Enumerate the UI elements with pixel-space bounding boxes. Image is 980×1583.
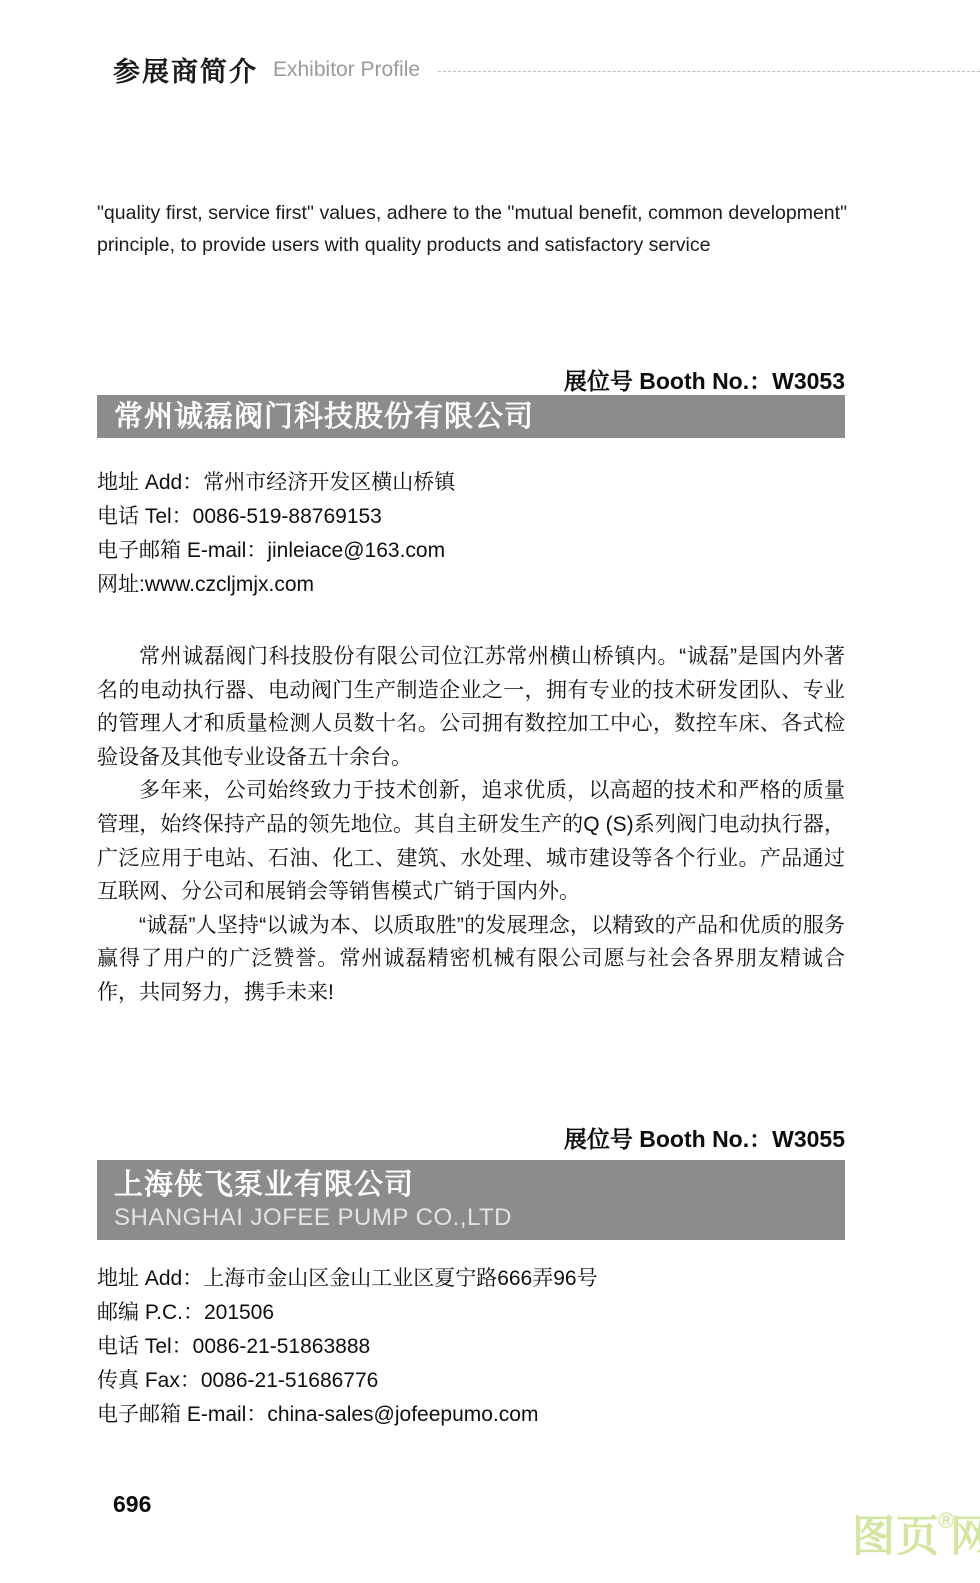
website-line: 网址:www.czcljmjx.com (97, 568, 845, 602)
description-paragraph: 常州诚磊阀门科技股份有限公司位江苏常州横山桥镇内。“诚磊”是国内外著名的电动执行… (97, 640, 845, 774)
company-description-1: 常州诚磊阀门科技股份有限公司位江苏常州横山桥镇内。“诚磊”是国内外著名的电动执行… (97, 640, 845, 1010)
registered-trademark-icon: ® (938, 1508, 954, 1533)
watermark-text-left: 图页 (852, 1513, 940, 1561)
address-block-1: 地址 Add：常州市经济开发区横山桥镇 电话 Tel：0086-519-8876… (97, 466, 845, 602)
company-header-bar-1: 常州诚磊阀门科技股份有限公司 (97, 395, 845, 438)
page-number: 696 (113, 1491, 151, 1518)
phone-line: 电话 Tel：0086-519-88769153 (97, 500, 845, 534)
email-line: 电子邮箱 E-mail：jinleiace@163.com (97, 534, 845, 568)
email-line: 电子邮箱 E-mail：china-sales@jofeepumo.com (97, 1398, 845, 1432)
document-page: 参展商简介 Exhibitor Profile "quality first, … (0, 0, 980, 1583)
booth-number-w3053: 展位号 Booth No.：W3053 (97, 363, 845, 396)
company-name-zh-1: 常州诚磊阀门科技股份有限公司 (114, 399, 845, 435)
company-header-bar-2: 上海侠飞泵业有限公司 SHANGHAI JOFEE PUMP CO.,LTD (97, 1160, 845, 1240)
header-title-en: Exhibitor Profile (273, 58, 420, 82)
company-name-en-2: SHANGHAI JOFEE PUMP CO.,LTD (114, 1203, 845, 1233)
page-header: 参展商简介 Exhibitor Profile (113, 50, 980, 89)
watermark-text-right: 网 (950, 1513, 980, 1561)
intro-paragraph-en: "quality first, service first" values, a… (97, 197, 847, 261)
description-paragraph: “诚磊”人坚持“以诚为本、以质取胜”的发展理念，以精致的产品和优质的服务赢得了用… (97, 909, 845, 1010)
header-title-zh: 参展商简介 (113, 50, 258, 89)
address-line: 地址 Add：常州市经济开发区横山桥镇 (97, 466, 845, 500)
booth-number-w3055: 展位号 Booth No.：W3055 (97, 1121, 845, 1154)
header-dashed-rule (438, 71, 980, 72)
phone-line: 电话 Tel：0086-21-51863888 (97, 1330, 845, 1364)
address-line: 地址 Add：上海市金山区金山工业区夏宁路666弄96号 (97, 1262, 845, 1296)
address-block-2: 地址 Add：上海市金山区金山工业区夏宁路666弄96号 邮编 P.C.：201… (97, 1262, 845, 1432)
fax-line: 传真 Fax：0086-21-51686776 (97, 1364, 845, 1398)
company-name-zh-2: 上海侠飞泵业有限公司 (114, 1167, 845, 1203)
postcode-line: 邮编 P.C.：201506 (97, 1296, 845, 1330)
watermark-logo: 图页®网 (852, 1516, 980, 1559)
description-paragraph: 多年来，公司始终致力于技术创新，追求优质，以高超的技术和严格的质量管理，始终保持… (97, 774, 845, 908)
